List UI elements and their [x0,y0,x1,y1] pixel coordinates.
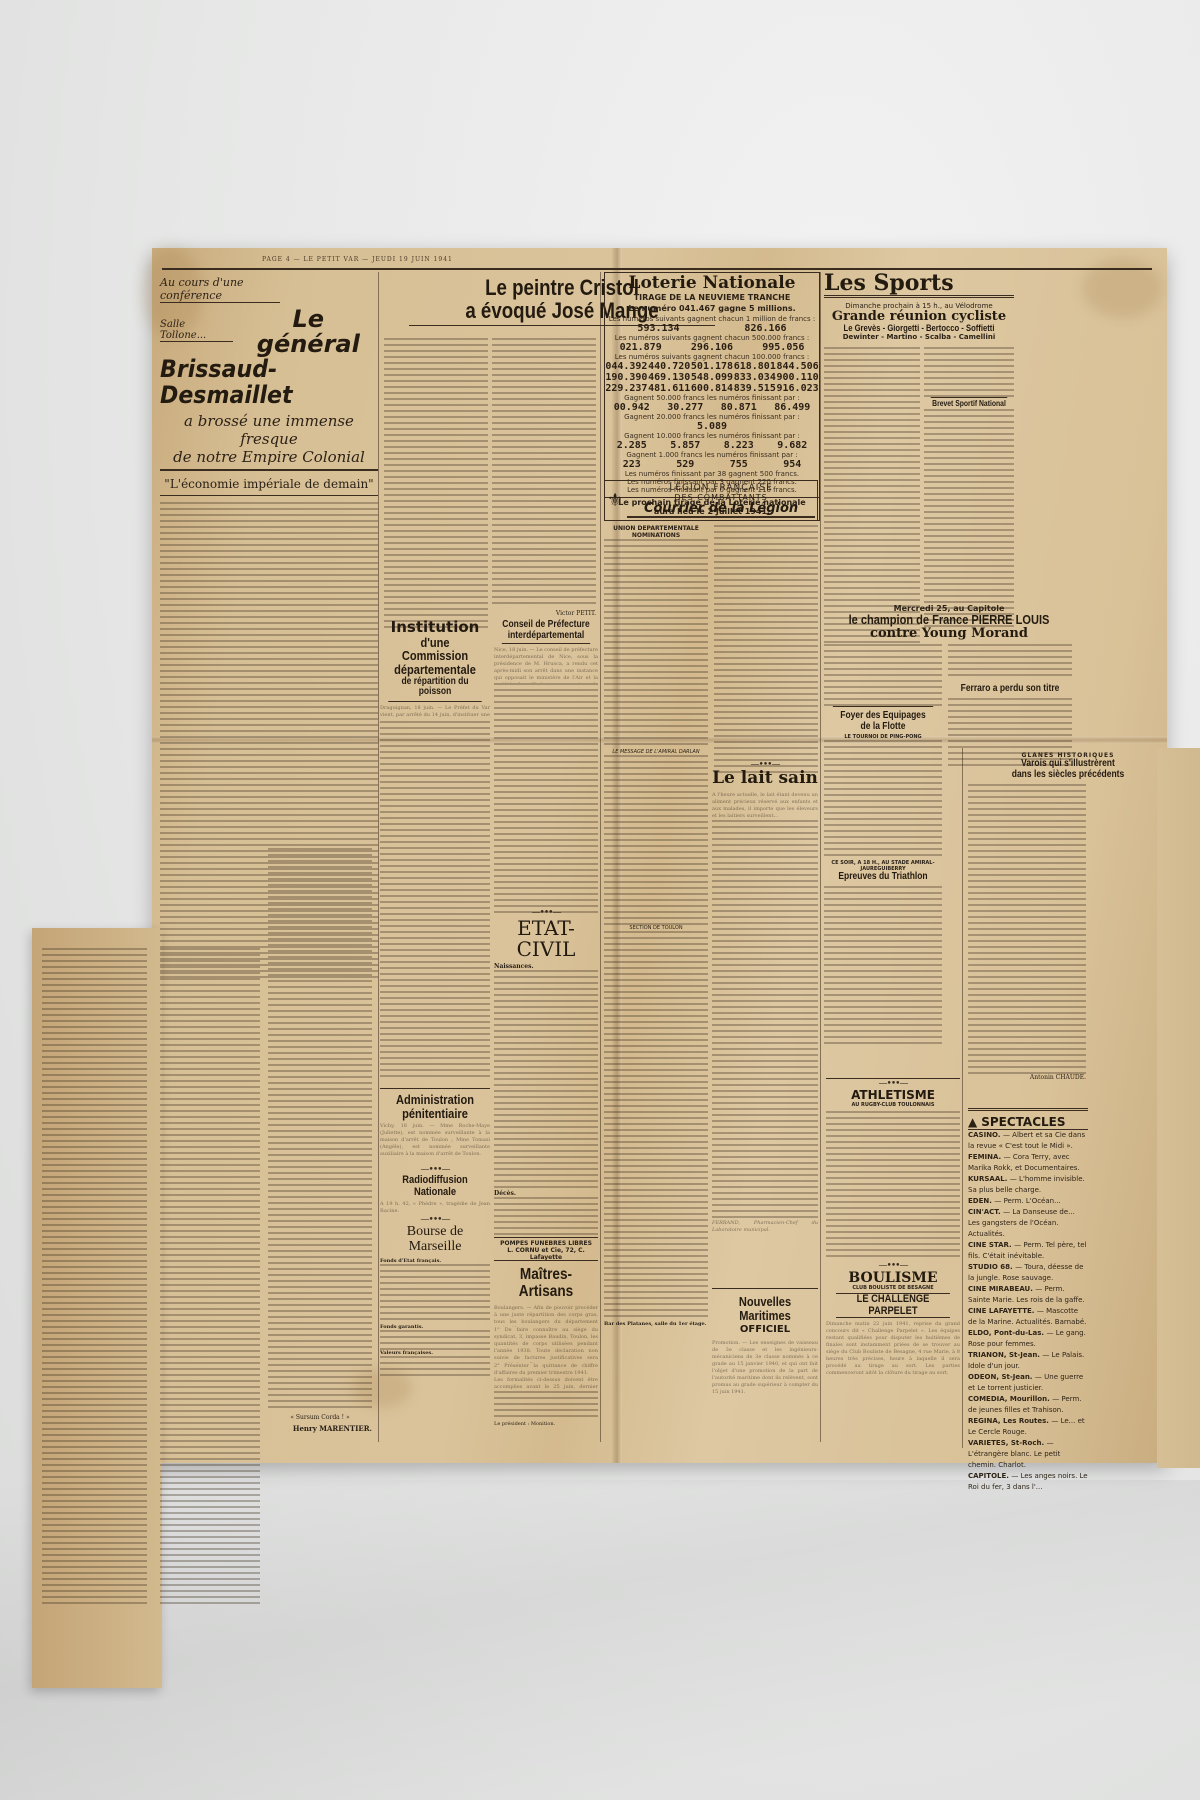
dateline: Nice, 18 juin. — Le conseil de préfectur… [494,647,598,683]
winning-number: 900.110 [777,372,819,383]
article-body [604,931,708,1321]
article-body: Boulangers. — Afin de pouvoir procéder à… [494,1305,598,1327]
winning-number: 548.099 [691,372,733,383]
section-label: Décès. [494,1190,598,1197]
headline: dans les siècles précédents [983,770,1153,781]
signature: FERRAND, Pharmacien-Chef du Laboratoire … [712,1220,818,1234]
stain [1082,258,1162,318]
article-body [824,740,942,860]
etat-civil: —•••— ETAT-CIVIL Naissances. Décès. POMP… [494,908,598,1261]
headline: LE CHALLENGE PARPELET [836,1293,950,1318]
signature: Victor PETIT. [492,610,596,617]
column-rule [820,272,821,1442]
prize-caption: Les numéros suivants gagnent chacun 500.… [605,334,819,342]
spectacle-listing: ELDO, Pont-du-Las. — Le gang. Rose pour … [968,1328,1088,1350]
article-body [604,755,708,925]
headline: Administration [388,1093,482,1107]
article-body [494,1197,598,1237]
headline: d'une Commission [388,636,482,663]
article-body [494,1391,598,1421]
headline: Bourse de Marseille [380,1225,490,1254]
dateline: Draguignan, 18 juin. — Le Préfet du Var … [380,705,490,719]
headline: le champion de France PIERRE LOUIS [843,613,1056,627]
section-label: Naissances. [494,963,598,970]
spectacle-listing: TRIANON, St-Jean. — Le Palais. Idole d'u… [968,1350,1088,1372]
history-article: GLANES HISTORIQUES Varois qui s'illustrè… [968,752,1168,1081]
spectacle-listing: REGINA, Les Routes. — Le... et Le Cercle… [968,1416,1088,1438]
winning-numbers: 229.237481.611600.814839.515916.023 [605,383,819,394]
winning-number: 844.506 [777,361,819,372]
headline: Foyer des Equipages [833,706,933,722]
spectacle-listing: CINE LAFAYETTE. — Mascotte de la Marine.… [968,1306,1088,1328]
spectacles-section: ▲ SPECTACLES CASINO. — Albert et sa Cie … [968,1108,1088,1493]
winning-number: 593.134 [637,323,679,334]
winning-number: 86.499 [774,402,810,413]
article-body [380,1356,490,1376]
winning-number: 995.056 [762,342,804,353]
maitres-artisans: Maîtres-Artisans Boulangers. — Afin de p… [494,1260,598,1427]
spectacles-triangle-icon: ▲ [968,1115,977,1129]
winning-number: 501.178 [691,361,733,372]
prize-caption: Les numéros suivants gagnent chacun 1 mi… [605,315,819,323]
section-label: UNION DEPARTEMENTALE [604,525,708,532]
spectacle-listing: FEMINA. — Cora Terry, avec Marika Rokk, … [968,1152,1088,1174]
conseil-article: Conseil de Préfecture interdépartemental… [494,620,598,913]
winning-numbers: 2.2855.8578.2239.682 [605,440,819,451]
spectacle-listing: CINE MIRABEAU. — Perm. Sainte Marie. Les… [968,1284,1088,1306]
article-body [380,1330,490,1350]
section-label: NOMINATIONS [604,532,708,539]
funeral-ad: POMPES FUNEBRES LIBRES [494,1237,598,1247]
winning-number: 30.277 [667,402,703,413]
winning-number: 440.720 [648,361,690,372]
administration-article: Administration pénitentiaire Vichy, 18 j… [380,1088,490,1376]
signature: Antonin CHAUDE. [968,1074,1086,1081]
winning-number: 223 [623,459,641,470]
winning-number: 529 [676,459,694,470]
article-body [714,525,818,775]
article-body [968,784,1086,1074]
newspaper-page: PAGE 4 — LE PETIT VAR — JEUDI 19 JUIN 19… [152,248,1167,1463]
headline: Le général [239,307,378,357]
prize-caption: Les numéros suivants gagnent chacun 100.… [605,353,819,361]
headline: Epreuves du Triathlon [833,872,933,883]
article-body [42,948,147,1608]
winning-number: 5.857 [670,440,700,451]
headline: Radiodiffusion Nationale [388,1175,482,1198]
headline: Nouvelles Maritimes [720,1295,810,1322]
winning-number: 00.942 [614,402,650,413]
article-body: A 19 h. 42, « Phèdre », tragédie de Jean… [380,1201,490,1215]
article-body [160,948,260,1608]
funeral-address: L. CORNU et Cie, 72, C. Lafayette [494,1247,598,1261]
winning-number: 839.515 [734,383,776,394]
article-body [492,338,596,608]
winning-number: 2.285 [617,440,647,451]
prize-caption: Gagnent 20.000 francs les numéros finiss… [605,413,819,421]
winning-number: 618.801 [734,361,776,372]
winning-numbers: 021.879296.106995.056 [605,342,819,353]
article-body [824,886,942,1046]
spectacle-listing: CIN'ACT. — La Danseuse de... Les gangste… [968,1207,1088,1240]
closing-line: « Sursum Corda ! » [268,1414,372,1421]
winning-numbers: 5.089 [605,421,819,432]
spectacle-listing: CAPITOLE. — Les anges noirs. Le Roi du f… [968,1471,1088,1493]
banner-text: LÉGION FRANÇAISE [627,483,815,493]
winning-number: 826.166 [744,323,786,334]
headline: interdépartemental [502,631,590,645]
winning-number: 5.089 [697,421,727,432]
folio-line: PAGE 4 — LE PETIT VAR — JEUDI 19 JUIN 19… [262,256,453,263]
headline: Loterie Nationale [605,275,819,293]
winning-numbers: 00.94230.27780.87186.499 [605,402,819,413]
top-rule [162,268,1152,270]
kicker: Au cours d'une conférence [160,276,280,303]
section-label: AU RUGBY-CLUB TOULONNAIS [826,1102,960,1108]
article-body [380,1264,490,1324]
legion-banner: ⚜ LÉGION FRANÇAISE DES COMBATTANTS Courr… [604,480,818,521]
headline: Les Sports [824,272,1014,298]
jackpot: Le numéro 041.467 gagne 5 millions. [605,304,819,313]
winning-number: 954 [783,459,801,470]
winning-number: 9.682 [777,440,807,451]
headline: SPECTACLES [981,1116,1065,1129]
headline: Le lait sain [712,770,818,788]
article-body [494,970,598,1190]
winning-number: 916.023 [777,383,819,394]
winning-number: 755 [730,459,748,470]
headline: pénitentiaire [388,1107,482,1121]
headline: contre Young Morand [824,627,1074,641]
winning-number: 600.814 [691,383,733,394]
headline: Brevet Sportif National [931,397,1008,408]
signature: Le président : Monition. [494,1421,598,1427]
article-body [604,539,708,749]
prize-caption: Gagnent 1.000 francs les numéros finissa… [605,451,819,459]
winning-numbers: 593.134826.166 [605,323,819,334]
headline: Grande réunion cycliste [824,310,1014,324]
headline: départementale [388,663,482,677]
article-body [924,347,1014,397]
winning-number: 044.392 [605,361,647,372]
article-body: A l'heure actuelle, le lait étant devenu… [712,792,818,820]
article-body: Vichy, 18 juin. — Mme Roche-Maye (Juliet… [380,1123,490,1165]
winning-numbers: 190.390469.130548.099833.034900.110 [605,372,819,383]
maritimes-article: Nouvelles Maritimes OFFICIEL Promotion. … [712,1288,818,1396]
article-body [380,721,490,1081]
spectacles-list: CASINO. — Albert et sa Cie dans la revue… [968,1130,1088,1493]
article-body [826,1111,960,1261]
spectacle-listing: CINE STAR. — Perm. Tel père, tel fils. C… [968,1240,1088,1262]
article-body: Promotion. — Les enseignes de vaisseau d… [712,1340,818,1396]
article-body [384,338,488,628]
article-body [824,347,920,647]
winning-number: 8.223 [724,440,754,451]
lottery-tiers: Les numéros suivants gagnent chacun 1 mi… [605,315,819,470]
minor-prize: Les numéros finissant par 38 gagnent 500… [605,470,819,478]
article-body [924,409,1014,629]
article-body: 2° Présenter la quittance de chiffre d'a… [494,1363,598,1377]
article-body [712,820,818,1220]
subheadline: a brossé une immense fresque [160,412,378,448]
winning-number: 296.106 [691,342,733,353]
subheadline: TIRAGE DE LA NEUVIEME TRANCHE [605,293,819,302]
column-rule [600,272,601,1442]
article-body [494,683,598,913]
column-rule [378,272,379,1442]
lait-article: —•••— Le lait sain A l'heure actuelle, l… [712,760,818,1234]
winning-numbers: 223529755954 [605,459,819,470]
headline: Institution [380,620,490,636]
pull-quote: "L'économie impériale de demain" [160,477,378,496]
riders: Le Grevès - Giorgetti - Bertocco - Soffi… [838,324,1000,333]
article-body: Les formalités ci-dessus doivent être ac… [494,1377,598,1391]
prize-caption: Gagnent 50.000 francs les numéros finiss… [605,394,819,402]
headline: ETAT-CIVIL [494,918,598,960]
winning-numbers: 044.392440.720501.178618.801844.506 [605,361,819,372]
prize-caption: Gagnent 10.000 francs les numéros finiss… [605,432,819,440]
subheadline: de notre Empire Colonial [160,448,378,471]
spectacle-listing: VARIETES, St-Roch. — L'étrangère blanc. … [968,1438,1088,1471]
headline: BOULISME [826,1271,960,1286]
riders: Dewinter - Martino - Scalba - Camellini [824,333,1014,341]
headline: Brissaud-Desmaillet [160,357,361,407]
spectacle-listing: COMEDIA, Mourillon. — Perm. de jeunes fi… [968,1394,1088,1416]
winning-number: 229.237 [605,383,647,394]
athletisme-article: —•••— ATHLETISME AU RUGBY-CLUB TOULONNAI… [826,1078,960,1391]
winning-number: 833.034 [734,372,776,383]
winning-number: 469.130 [648,372,690,383]
article-body [824,644,942,706]
winning-number: 021.879 [620,342,662,353]
article-body: Dimanche matin 22 juin 1941, reprise du … [826,1321,960,1391]
spectacle-listing: CASINO. — Albert et sa Cie dans la revue… [968,1130,1088,1152]
signature: Henry MARENTIER. [268,1424,372,1433]
article-body [268,848,372,1408]
article-body [948,644,1072,680]
commission-article: Institution d'une Commission département… [380,620,490,1081]
headline: de répartition du poisson [388,677,482,702]
headline: Courrier de la Légion [627,502,815,518]
headline: Ferraro a perdu son titre [957,684,1062,695]
closing-line: Bar des Platanes, salle du 1er étage. [604,1321,708,1327]
spectacle-listing: STUDIO 68. — Toura, déesse de la jungle.… [968,1262,1088,1284]
winning-number: 190.390 [605,372,647,383]
headline: de la Flotte [833,722,933,733]
kicker: Salle Tollone... [160,319,233,342]
section-label: CLUB BOULISTE DE BESAGNE [826,1285,960,1291]
article-body: 1° De faire connaître au siège du syndic… [494,1327,598,1363]
winning-number: 481.611 [648,383,690,394]
legion-emblem-icon: ⚜ [607,490,623,511]
headline: ATHLETISME [826,1089,960,1102]
headline: Maîtres-Artisans [502,1267,590,1301]
spectacle-listing: EDEN. — Perm. L'Océan... [968,1196,1088,1207]
spectacle-listing: KURSAAL. — L'homme invisible. Sa plus be… [968,1174,1088,1196]
subheadline: OFFICIEL [712,1325,818,1336]
sports-section: Les Sports Dimanche prochain à 15 h., au… [824,272,1014,647]
spectacle-listing: ODEON, St-Jean. — Une guerre et Le torre… [968,1372,1088,1394]
winning-number: 80.871 [721,402,757,413]
